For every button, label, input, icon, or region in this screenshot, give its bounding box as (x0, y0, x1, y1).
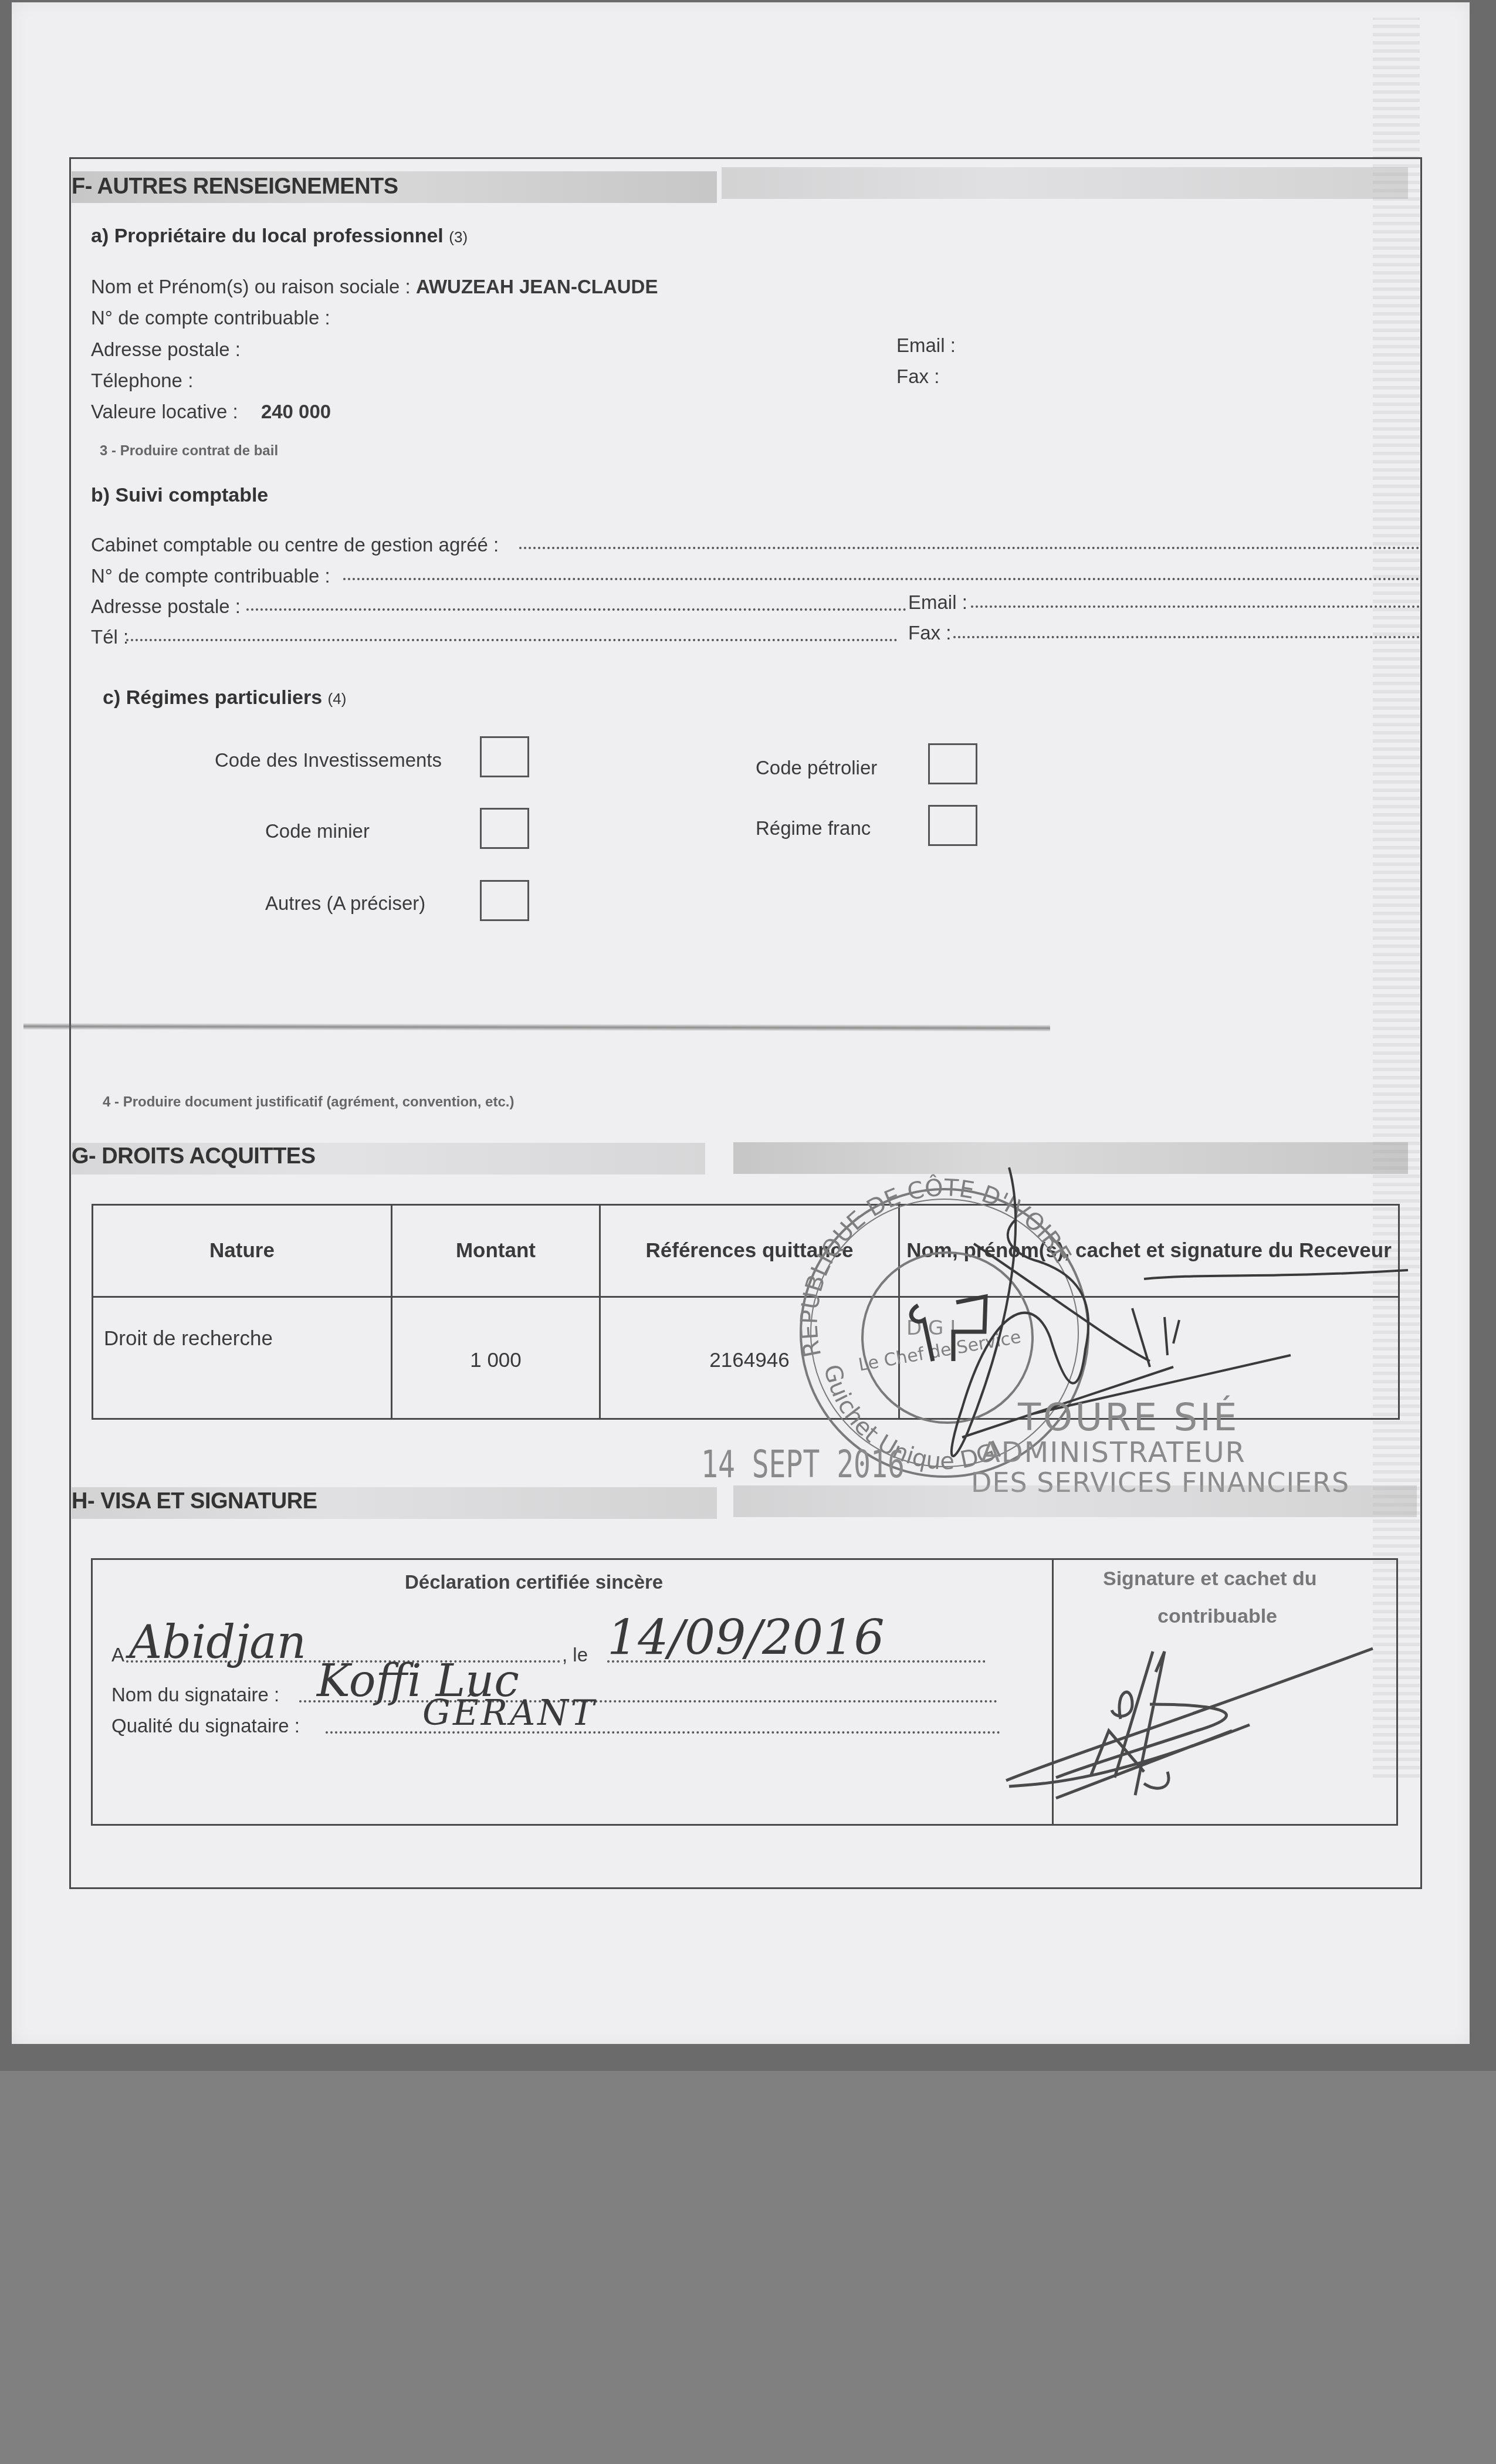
accounting-fax-input[interactable] (953, 636, 1420, 638)
owner-account-label: N° de compte contribuable : (91, 307, 330, 329)
owner-phone-label: Télephone : (91, 370, 193, 392)
signer-label: Nom du signataire : (111, 1684, 279, 1706)
accounting-email-label: Email : (908, 591, 967, 614)
visa-box (91, 1558, 1398, 1826)
owner-fax-label: Fax : (896, 365, 939, 388)
section-g-band-right (733, 1142, 1408, 1174)
accounting-address-input[interactable] (246, 608, 906, 611)
droits-table: Nature Montant Références quittance Nom,… (92, 1204, 1400, 1420)
taxpayer-sig-title-1: Signature et cachet du (1103, 1568, 1317, 1590)
accounting-subtitle: b) Suivi comptable (91, 484, 268, 507)
owner-rent-value[interactable]: 240 000 (261, 401, 331, 422)
owner-name-value[interactable]: AWUZEAH JEAN-CLAUDE (416, 276, 658, 297)
stamp-date: 14 SEPT 2016 (701, 1443, 905, 1487)
col-receveur: Nom, prénom(s), cachet et signature du R… (899, 1205, 1399, 1297)
owner-address-label: Adresse postale : (91, 339, 241, 361)
checkbox-petrolier[interactable] (928, 743, 977, 784)
quality-value[interactable]: GÉRANT (422, 1693, 597, 1734)
checkbox-autres[interactable] (480, 880, 529, 921)
checkbox-minier[interactable] (480, 808, 529, 849)
section-g-title: G- DROITS ACQUITTES (72, 1144, 316, 1169)
owner-email-label: Email : (896, 334, 956, 357)
droits-header-row: Nature Montant Références quittance Nom,… (93, 1205, 1399, 1297)
firm-label: Cabinet comptable ou centre de gestion a… (91, 534, 499, 556)
section-h-title: H- VISA ET SIGNATURE (72, 1489, 317, 1514)
owner-subtitle-note: (3) (449, 228, 468, 246)
accounting-account-input[interactable] (343, 578, 1420, 580)
accounting-tel-label: Tél : (91, 626, 128, 648)
receveur-title-1: ADMINISTRATEUR (981, 1436, 1246, 1469)
date-label: , le (562, 1644, 588, 1666)
accounting-account-label: N° de compte contribuable : (91, 565, 330, 587)
date-value[interactable]: 14/09/2016 (607, 1610, 885, 1666)
owner-subtitle-text: a) Propriétaire du local professionnel (91, 225, 444, 247)
receveur-name: TOURE SIÉ (1018, 1396, 1240, 1440)
owner-name-label: Nom et Prénom(s) ou raison sociale : (91, 276, 411, 297)
owner-subtitle: a) Propriétaire du local professionnel (… (91, 225, 468, 248)
declaration-title: Déclaration certifiée sincère (405, 1571, 663, 1593)
quality-label: Qualité du signataire : (111, 1715, 300, 1737)
cell-reference: 2164946 (600, 1297, 899, 1419)
regimes-subtitle-note: (4) (328, 690, 347, 708)
regime-label-franc: Régime franc (756, 817, 871, 840)
col-reference: Références quittance (600, 1205, 899, 1297)
section-h-band-right (733, 1485, 1417, 1517)
regime-label-minier: Code minier (265, 820, 370, 842)
footnote-4: 4 - Produire document justificatif (agré… (103, 1094, 514, 1111)
cell-nature: Droit de recherche (93, 1297, 392, 1419)
place-value[interactable]: Abidjan (129, 1616, 306, 1669)
firm-input[interactable] (519, 547, 1420, 549)
checkbox-investissements[interactable] (480, 736, 529, 777)
col-nature: Nature (93, 1205, 392, 1297)
footnote-3: 3 - Produire contrat de bail (100, 443, 278, 459)
accounting-tel-input[interactable] (126, 639, 898, 641)
cell-montant: 1 000 (392, 1297, 600, 1419)
place-label: A (111, 1644, 124, 1666)
col-montant: Montant (392, 1205, 600, 1297)
checkbox-franc[interactable] (928, 805, 977, 846)
section-f-band-right (722, 167, 1408, 199)
regime-label-petrolier: Code pétrolier (756, 757, 877, 779)
accounting-address-label: Adresse postale : (91, 595, 241, 618)
owner-name-row: Nom et Prénom(s) ou raison sociale : AWU… (91, 276, 658, 298)
regimes-subtitle-text: c) Régimes particuliers (103, 686, 322, 709)
owner-rent-row: Valeure locative : 240 000 (91, 401, 331, 423)
accounting-email-input[interactable] (971, 605, 1420, 608)
regimes-subtitle: c) Régimes particuliers (4) (103, 686, 346, 709)
accounting-fax-label: Fax : (908, 622, 951, 644)
owner-rent-label: Valeure locative : (91, 401, 238, 422)
regime-label-autres: Autres (A préciser) (265, 892, 425, 915)
regime-label-investissements: Code des Investissements (215, 749, 442, 771)
taxpayer-sig-title-2: contribuable (1157, 1605, 1277, 1628)
visa-divider (1052, 1560, 1054, 1824)
section-f-title: F- AUTRES RENSEIGNEMENTS (72, 174, 398, 199)
